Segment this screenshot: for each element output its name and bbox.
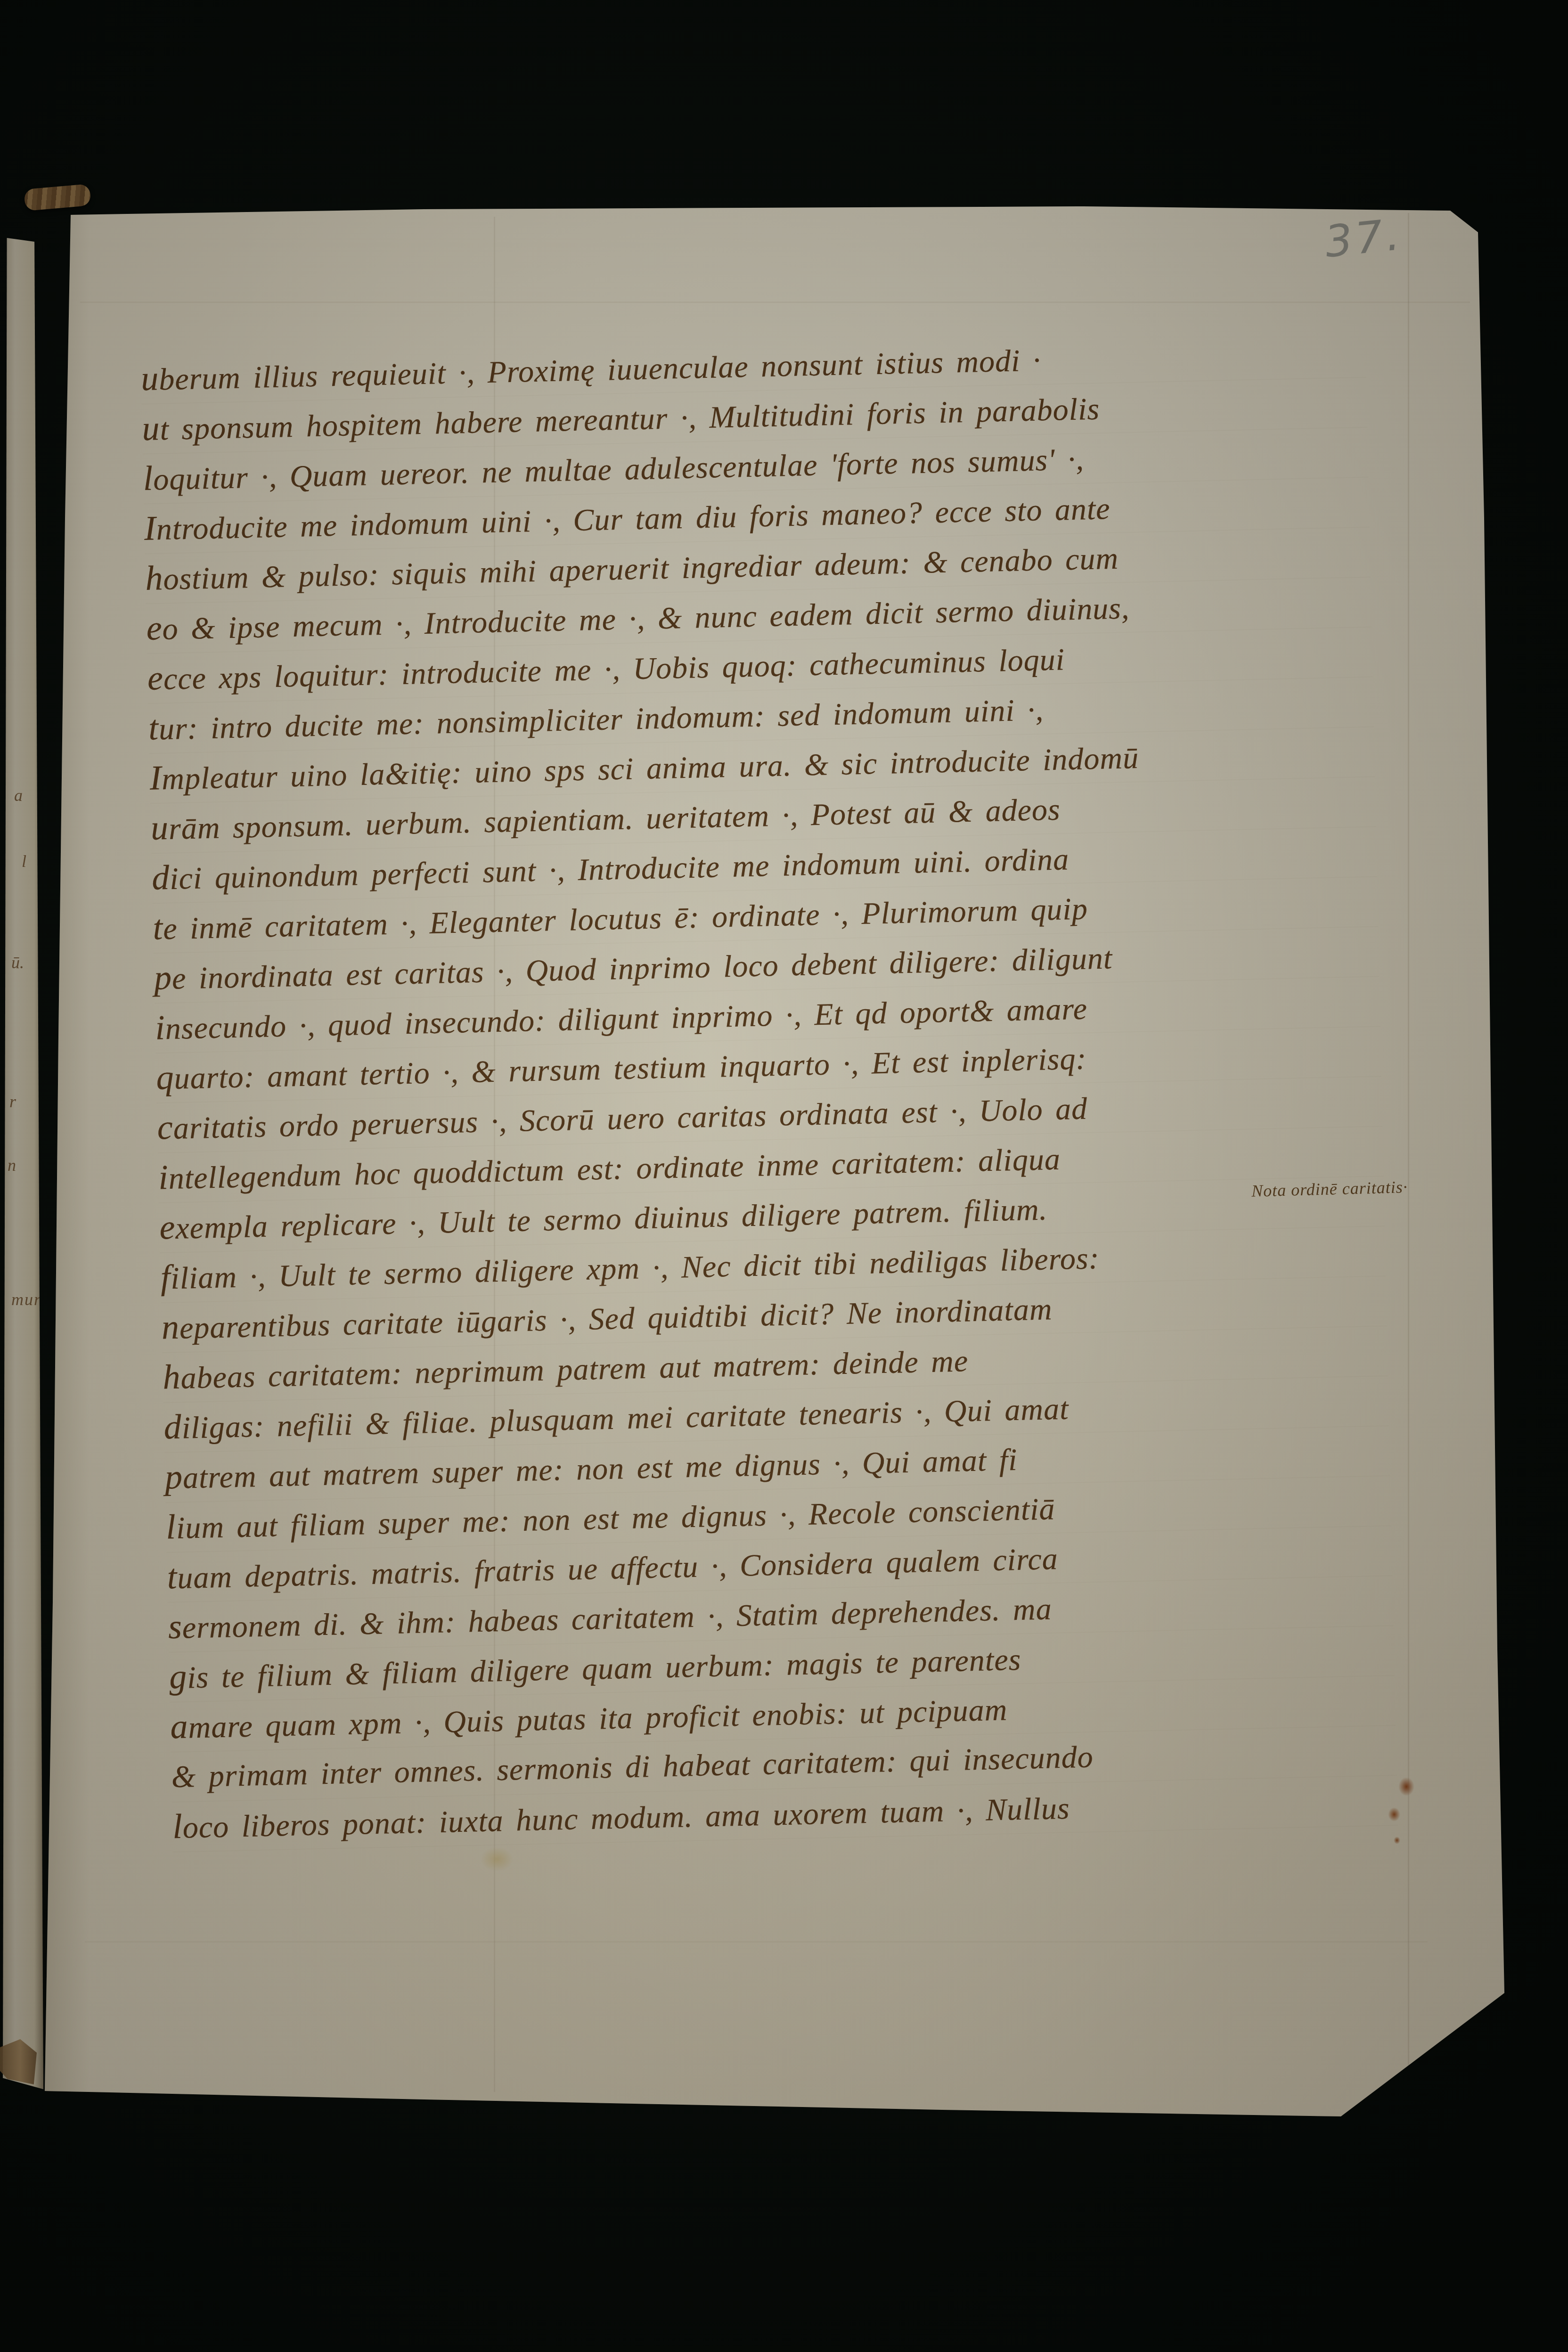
folio-number: 37. xyxy=(1323,209,1405,268)
edge-fragment: r xyxy=(9,1093,16,1110)
horizontal-crease xyxy=(85,1941,1428,1943)
stain xyxy=(1394,1837,1400,1844)
text-block: uberum illius requieuit ·, Proximę iuuen… xyxy=(140,327,1398,1852)
stain xyxy=(481,1847,514,1871)
edge-fragment: l xyxy=(22,853,26,870)
parchment-leaf: 37. uberum illius requieuit ·, Proximę i… xyxy=(0,0,1568,2352)
stain xyxy=(1398,1777,1414,1796)
edge-fragment: mur. xyxy=(11,1291,45,1308)
edge-fragment: ū. xyxy=(11,954,24,971)
edge-fragment: n xyxy=(8,1157,16,1174)
previous-leaf-edge: a l ū. r n mur. xyxy=(3,238,43,2097)
endband-cord xyxy=(24,184,91,211)
edge-fragment: a xyxy=(14,787,23,804)
horizontal-crease xyxy=(80,302,1470,303)
vertical-crease xyxy=(1408,213,1409,2107)
manuscript-scan: a l ū. r n mur. 37. uberum illius requie… xyxy=(0,0,1568,2352)
